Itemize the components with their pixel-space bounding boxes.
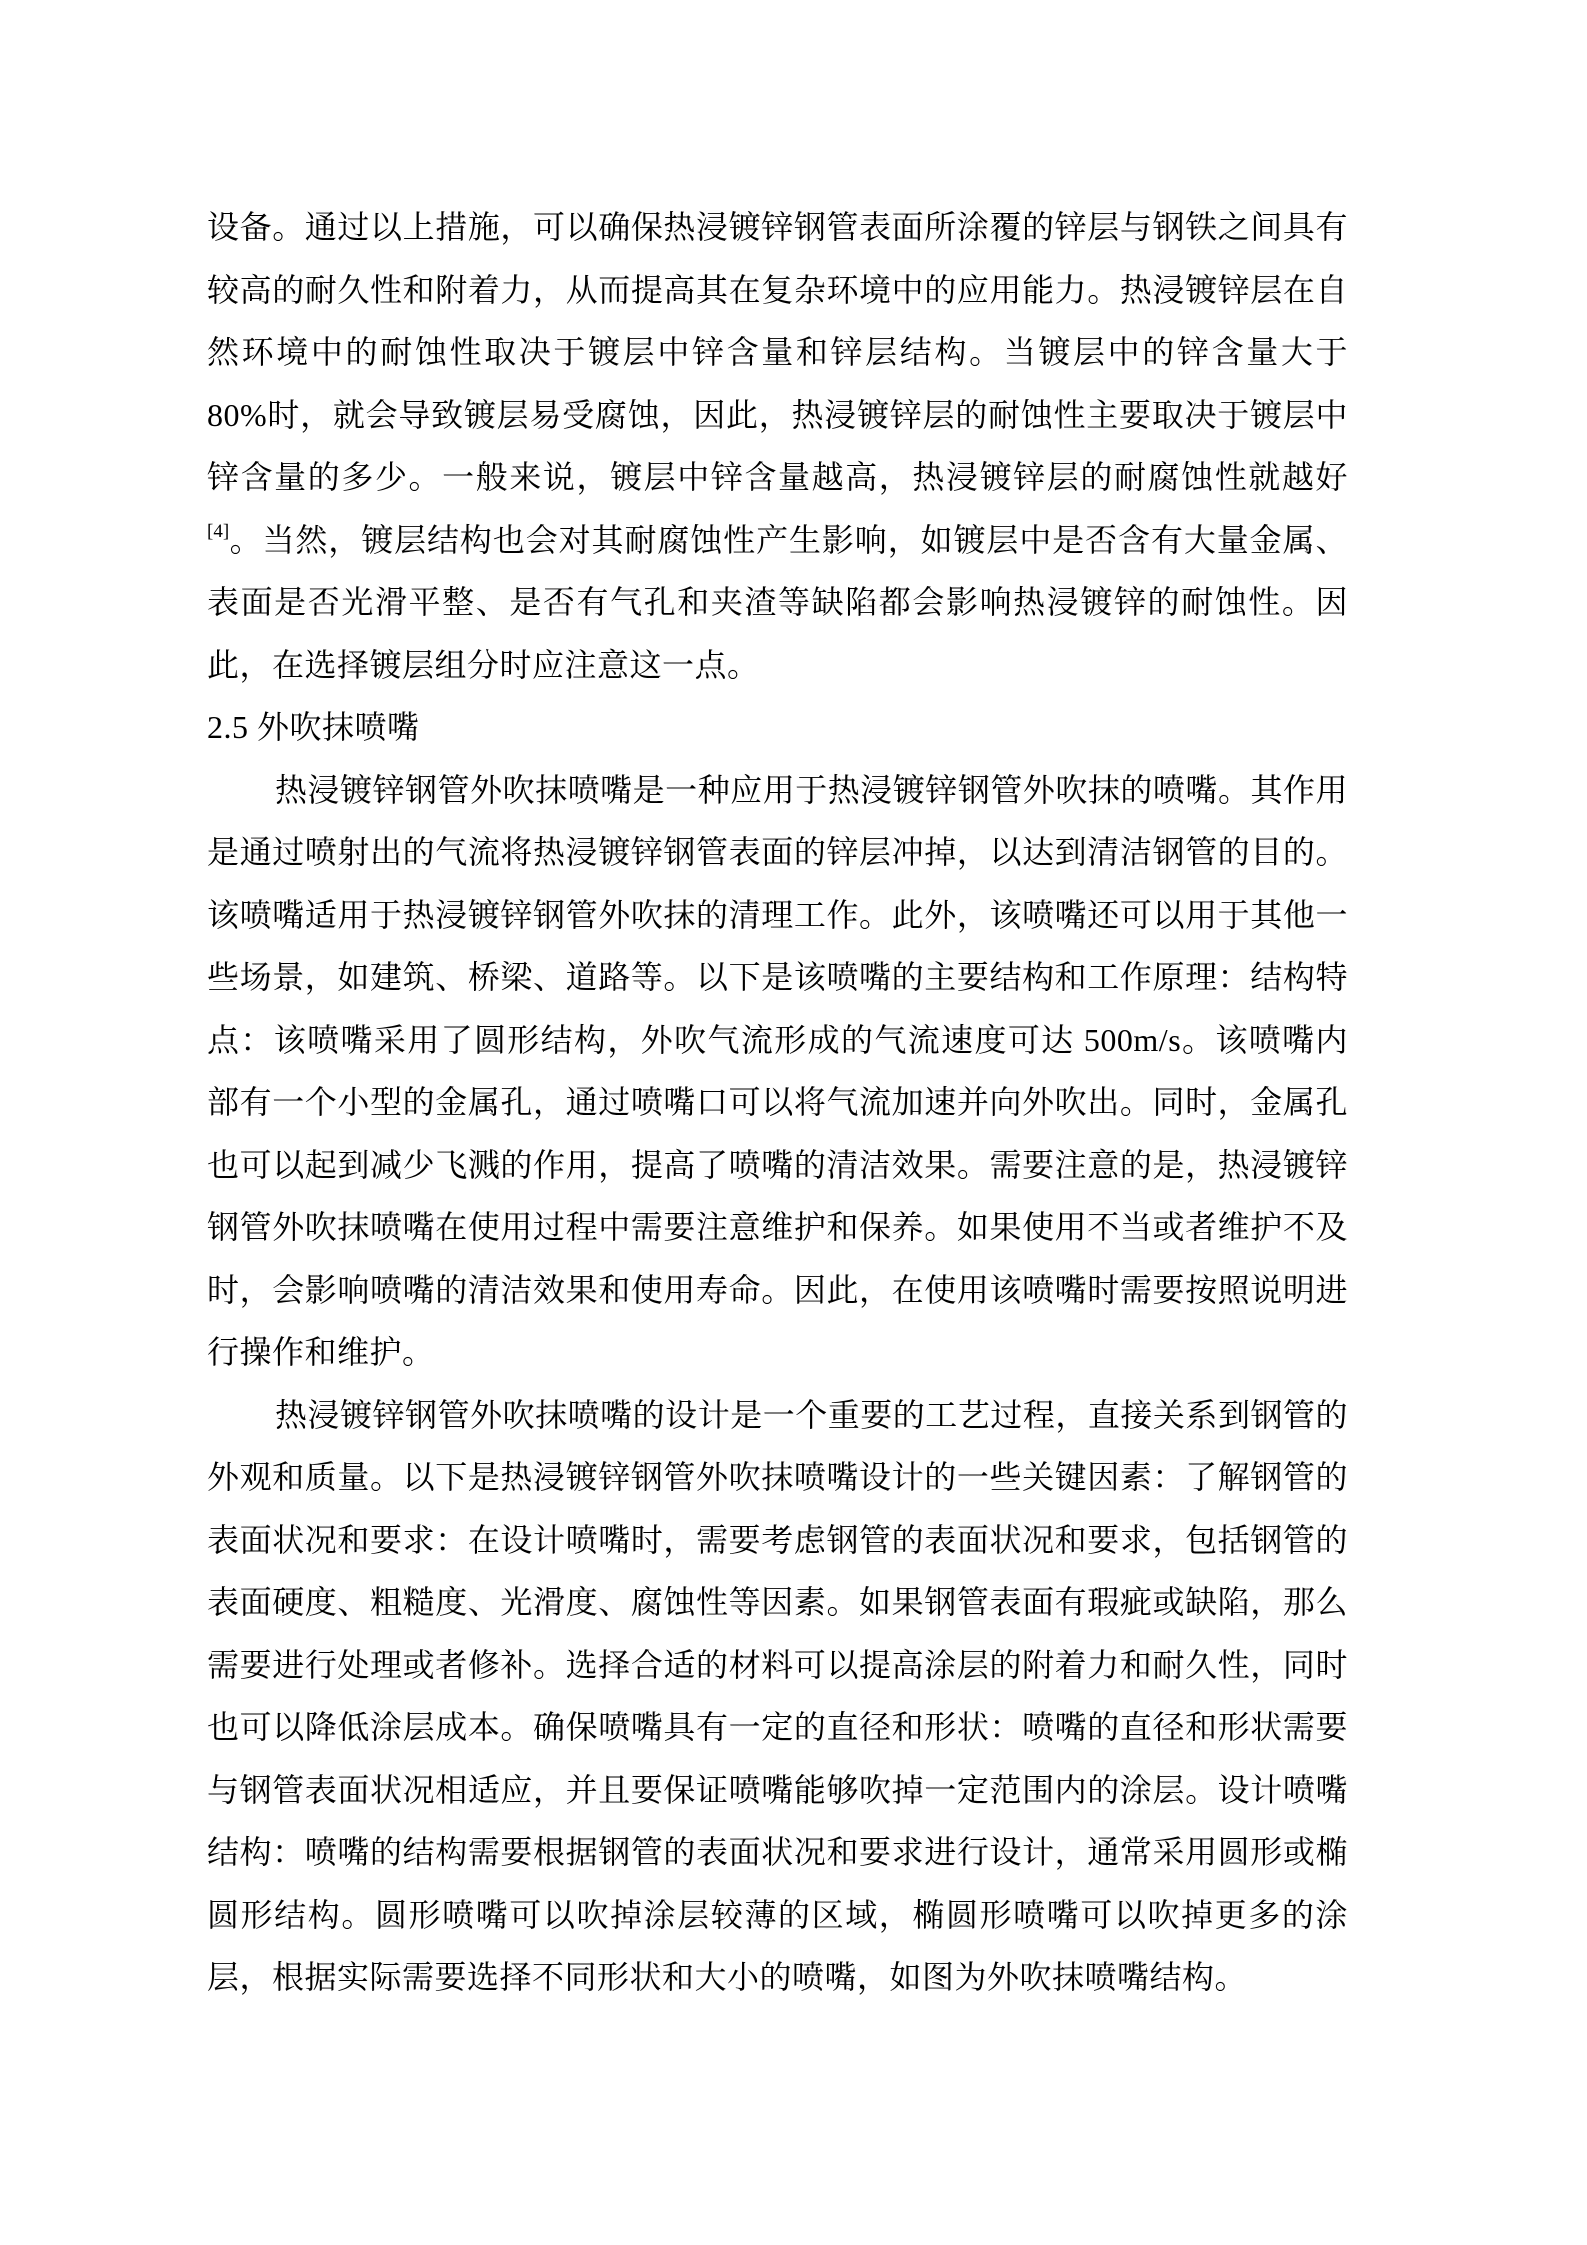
paragraph-text-after-citation: 。当然，镀层结构也会对其耐腐蚀性产生影响，如镀层中是否含有大量金属、表面是否光滑… <box>207 522 1348 683</box>
document-page: 设备。通过以上措施，可以确保热浸镀锌钢管表面所涂覆的锌层与钢铁之间具有较高的耐久… <box>0 0 1587 2245</box>
page-text-content: 设备。通过以上措施，可以确保热浸镀锌钢管表面所涂覆的锌层与钢铁之间具有较高的耐久… <box>207 196 1348 2009</box>
paragraph-zinc-coating-corrosion: 设备。通过以上措施，可以确保热浸镀锌钢管表面所涂覆的锌层与钢铁之间具有较高的耐久… <box>207 196 1348 696</box>
paragraph-nozzle-introduction: 热浸镀锌钢管外吹抹喷嘴是一种应用于热浸镀锌钢管外吹抹的喷嘴。其作用是通过喷射出的… <box>207 759 1348 1384</box>
citation-reference-4: [4] <box>207 521 229 542</box>
paragraph-text-before-citation: 设备。通过以上措施，可以确保热浸镀锌钢管表面所涂覆的锌层与钢铁之间具有较高的耐久… <box>207 209 1348 495</box>
section-heading-2-5: 2.5 外吹抹喷嘴 <box>207 696 1348 759</box>
paragraph-nozzle-design: 热浸镀锌钢管外吹抹喷嘴的设计是一个重要的工艺过程，直接关系到钢管的外观和质量。以… <box>207 1384 1348 2009</box>
